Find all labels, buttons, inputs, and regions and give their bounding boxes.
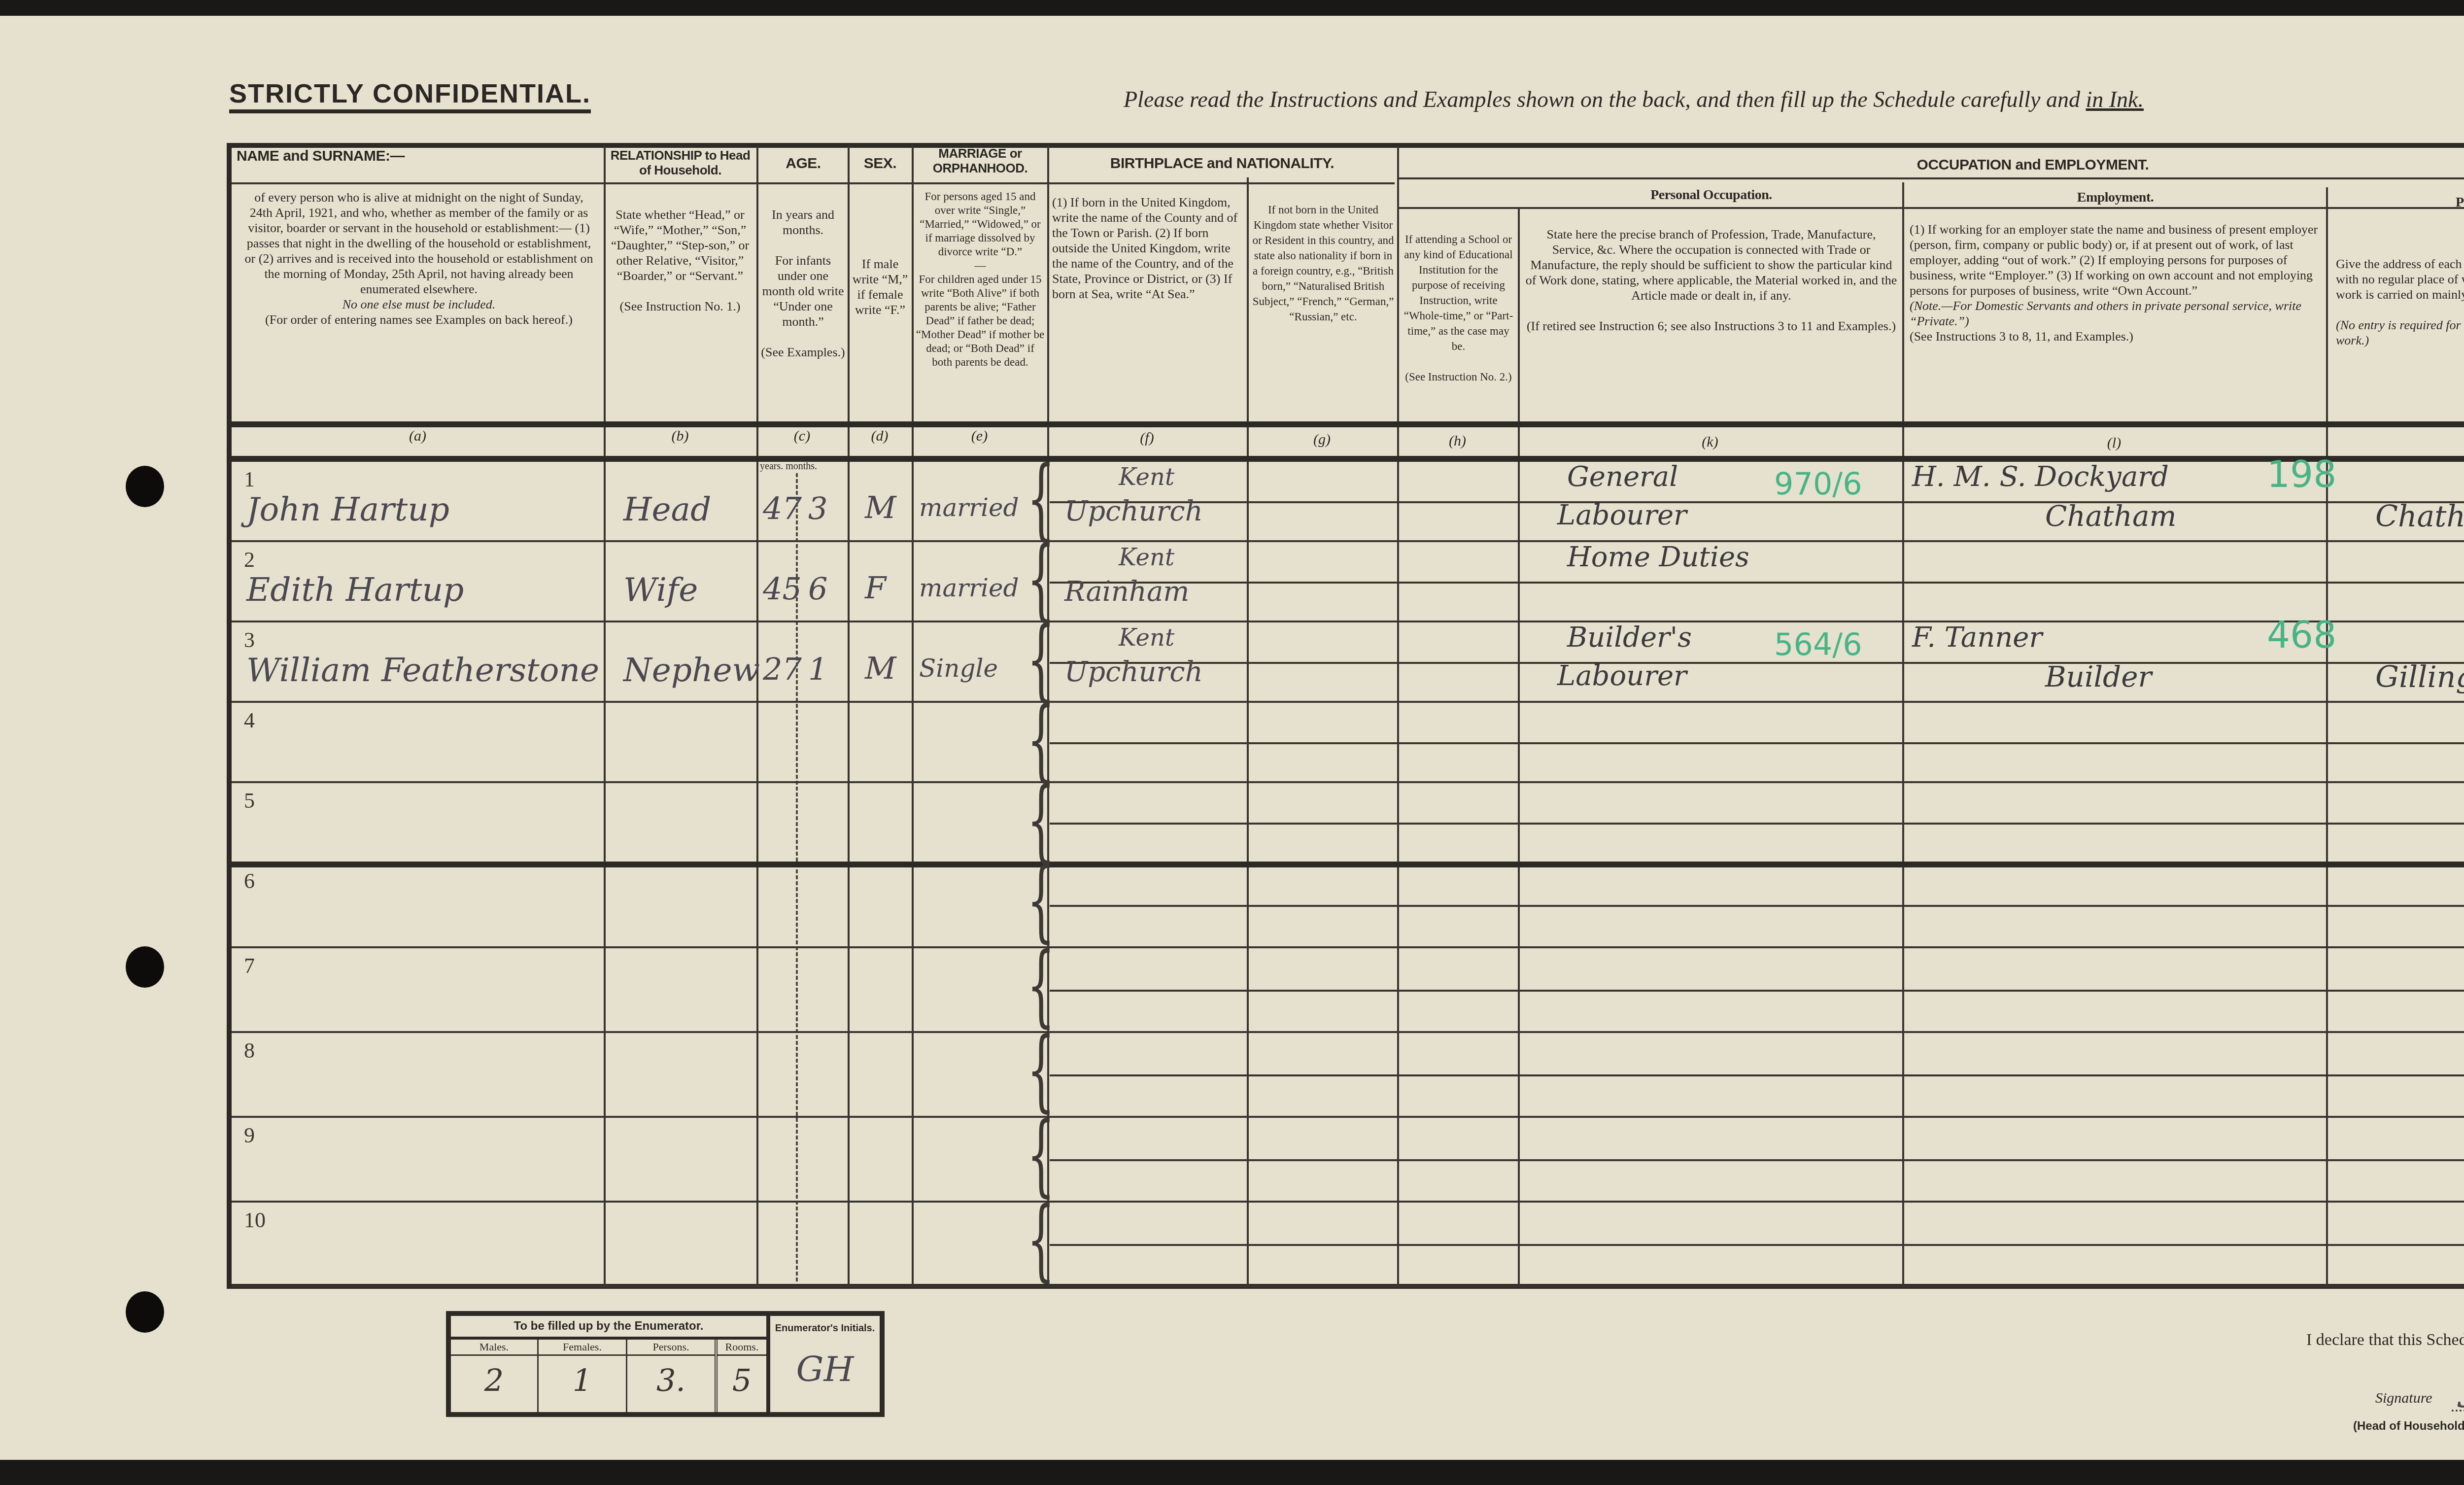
females-cell[interactable]: Females. 1 <box>537 1340 626 1412</box>
row-mid-separator <box>1050 990 2464 992</box>
row-separator <box>232 701 2464 703</box>
birthplace-town-entry[interactable]: Upchurch <box>1064 656 1203 688</box>
label-m: (m) <box>2326 436 2464 452</box>
row-mid-separator <box>1050 662 2464 664</box>
marriage-entry[interactable]: Single <box>919 654 998 683</box>
col-k-instructions: State here the precise branch of Profess… <box>1525 227 1897 334</box>
employer-line1-entry[interactable]: F. Tanner <box>1912 622 2042 654</box>
birthplace-county-entry[interactable]: Kent <box>1119 463 1174 491</box>
header-birthplace: BIRTHPLACE and NATIONALITY. <box>1050 155 1395 172</box>
age-subheader: years. months. <box>760 461 817 472</box>
signature-label: Signature <box>2375 1390 2432 1407</box>
sex-entry[interactable]: M <box>865 489 896 525</box>
instruction-text: Please read the Instructions and Example… <box>1124 87 2080 112</box>
relationship-entry[interactable]: Wife <box>623 571 698 609</box>
header-place-of-work: Place of Work. <box>2328 195 2464 210</box>
row-mid-separator <box>1050 1159 2464 1161</box>
row-number: 4 <box>244 708 255 733</box>
row-separator <box>232 862 2464 867</box>
occupation-line1-entry[interactable]: General <box>1567 461 1678 493</box>
label-k: (k) <box>1518 434 1902 450</box>
row-number: 6 <box>244 868 255 894</box>
col-a-instructions: of every person who is alive at midnight… <box>241 190 596 327</box>
row-separator <box>232 1201 2464 1203</box>
label-h: (h) <box>1397 433 1518 449</box>
label-f: (f) <box>1047 430 1247 447</box>
row-mid-separator <box>1050 742 2464 744</box>
label-d: (d) <box>848 428 912 445</box>
signature-line[interactable] <box>2452 1410 2464 1412</box>
row-number: 7 <box>244 953 255 978</box>
row-number: 9 <box>244 1123 255 1148</box>
row-mid-separator <box>1050 1074 2464 1076</box>
brace-icon: { <box>1027 857 1055 945</box>
birthplace-county-entry[interactable]: Kent <box>1119 544 1174 571</box>
col-e-instructions: For persons aged 15 and over write “Sing… <box>916 190 1045 369</box>
row-separator <box>232 621 2464 622</box>
brace-icon: { <box>1027 1111 1055 1200</box>
instruction-ink: in Ink. <box>2086 87 2144 112</box>
row-number: 8 <box>244 1038 255 1063</box>
header-sex: SEX. <box>849 155 912 172</box>
brace-icon: { <box>1027 1196 1055 1284</box>
employer-line2-entry[interactable]: Builder <box>2045 660 2152 693</box>
row-mid-separator <box>1050 1244 2464 1246</box>
punch-hole <box>126 946 164 988</box>
occupation-line1-entry[interactable]: Builder's <box>1567 622 1692 654</box>
age-years-entry[interactable]: 47 <box>763 490 802 526</box>
employer-code[interactable]: 198 <box>2267 453 2336 496</box>
col-d-instructions: If male write “M,” if female write “F.” <box>850 256 910 317</box>
birthplace-county-entry[interactable]: Kent <box>1119 624 1174 652</box>
row-separator <box>232 1031 2464 1033</box>
marriage-entry[interactable]: married <box>919 574 1019 602</box>
row-number: 10 <box>244 1208 266 1233</box>
row-separator <box>232 1116 2464 1118</box>
header-personal-occupation: Personal Occupation. <box>1520 187 1902 203</box>
header-name: NAME and SURNAME:— <box>237 148 483 165</box>
occupation-line1-entry[interactable]: Home Duties <box>1567 541 1749 573</box>
enumerator-summary-box: To be filled up by the Enumerator. Males… <box>446 1311 885 1417</box>
employer-code[interactable]: 468 <box>2267 614 2336 656</box>
workplace-entry[interactable]: Chatham <box>2375 499 2464 534</box>
header-marriage: MARRIAGE or ORPHANHOOD. <box>913 146 1047 175</box>
row-number: 1 <box>244 467 255 492</box>
header-occupation: OCCUPATION and EMPLOYMENT. <box>1400 157 2464 173</box>
row-mid-separator <box>1050 501 2464 503</box>
occupation-line2-entry[interactable]: Labourer <box>1557 660 1687 692</box>
label-c: (c) <box>756 428 848 445</box>
fill-instruction: Please read the Instructions and Example… <box>1124 86 2144 112</box>
birthplace-town-entry[interactable]: Upchurch <box>1064 495 1203 527</box>
birthplace-town-entry[interactable]: Rainham <box>1064 576 1189 608</box>
col-b-instructions: State whether “Head,” or “Wife,” “Mother… <box>609 207 752 314</box>
col-f-instructions: (1) If born in the United Kingdom, write… <box>1052 195 1244 302</box>
name-entry[interactable]: Edith Hartup <box>246 571 464 609</box>
col-m-instructions: Give the address of each person's place … <box>2336 256 2464 348</box>
employer-line2-entry[interactable]: Chatham <box>2045 499 2177 533</box>
signature-note: (Head of Household, Manager of Establish… <box>2353 1419 2464 1433</box>
age-years-entry[interactable]: 27 <box>763 651 802 687</box>
marriage-entry[interactable]: married <box>919 493 1019 522</box>
row-number: 3 <box>244 627 255 653</box>
label-b: (b) <box>604 428 756 445</box>
col-h-instructions: If attending a School or any kind of Edu… <box>1401 232 1516 384</box>
sex-entry[interactable]: F <box>865 570 886 606</box>
row-separator <box>232 540 2464 542</box>
col-g-instructions: If not born in the United Kingdom state … <box>1252 202 1395 324</box>
age-months-entry[interactable]: 1 <box>808 651 827 687</box>
row-separator <box>232 781 2464 783</box>
label-e: (e) <box>912 428 1047 445</box>
header-age: AGE. <box>759 155 848 172</box>
row-number: 5 <box>244 788 255 813</box>
row-mid-separator <box>1050 582 2464 584</box>
employer-line1-entry[interactable]: H. M. S. Dockyard <box>1912 461 2169 493</box>
age-months-entry[interactable]: 6 <box>808 571 827 607</box>
brace-icon: { <box>1027 1026 1055 1115</box>
relationship-entry[interactable]: Head <box>623 490 711 528</box>
name-entry[interactable]: John Hartup <box>246 490 449 528</box>
rooms-cell[interactable]: Rooms. 5 <box>715 1340 766 1412</box>
summary-header: To be filled up by the Enumerator. <box>451 1316 766 1340</box>
label-g: (g) <box>1247 431 1397 448</box>
row-mid-separator <box>1050 905 2464 907</box>
row-separator <box>232 946 2464 948</box>
workplace-entry[interactable]: Gillingham <box>2375 660 2464 694</box>
header-employment: Employment. <box>1905 190 2326 206</box>
occupation-line2-entry[interactable]: Labourer <box>1557 499 1687 531</box>
label-l: (l) <box>1902 435 2326 451</box>
brace-icon: { <box>1027 941 1055 1030</box>
sex-entry[interactable]: M <box>865 650 896 686</box>
males-cell[interactable]: Males. 2 <box>451 1340 537 1412</box>
col-l-instructions: (1) If working for an employer state the… <box>1910 222 2321 344</box>
occupation-code[interactable]: 970/6 <box>1774 466 1862 502</box>
punch-hole <box>126 1291 164 1333</box>
age-months-entry[interactable]: 3 <box>808 490 827 526</box>
name-entry[interactable]: William Featherstone <box>246 651 599 689</box>
header-relationship: RELATIONSHIP to Head of Household. <box>605 148 755 177</box>
age-years-entry[interactable]: 45 <box>763 571 802 607</box>
col-c-instructions: In years and months.For infants under on… <box>760 207 846 360</box>
declaration-text: I declare that this Schedule is correctl… <box>2306 1331 2464 1349</box>
row-separator <box>232 1285 2464 1287</box>
row-number: 2 <box>244 547 255 572</box>
punch-hole <box>126 466 164 507</box>
enumerator-initials-cell[interactable]: Enumerator's Initials. GH <box>766 1316 880 1412</box>
confidential-title: STRICTLY CONFIDENTIAL. <box>229 79 591 113</box>
occupation-code[interactable]: 564/6 <box>1774 626 1862 662</box>
label-a: (a) <box>232 428 604 445</box>
persons-cell[interactable]: Persons. 3. <box>626 1340 715 1412</box>
relationship-entry[interactable]: Nephew <box>623 651 760 689</box>
row-mid-separator <box>1050 823 2464 825</box>
